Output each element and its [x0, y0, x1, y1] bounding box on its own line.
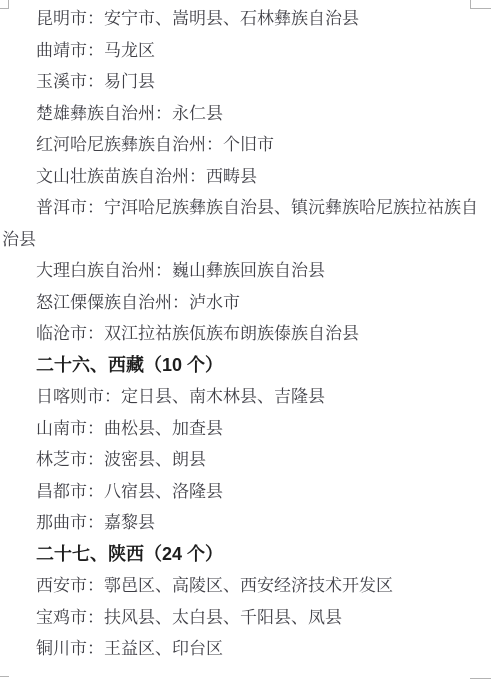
list-paragraph: 红河哈尼族彝族自治州：个旧市 [2, 129, 489, 161]
section-heading: 二十七、陕西（24 个） [2, 539, 489, 571]
list-paragraph: 楚雄彝族自治州：永仁县 [2, 98, 489, 130]
list-paragraph: 西安市：鄠邑区、高陵区、西安经济技术开发区 [2, 570, 489, 602]
list-paragraph: 林芝市：波密县、朗县 [2, 444, 489, 476]
document-content: 昆明市：安宁市、嵩明县、石林彝族自治县曲靖市：马龙区玉溪市：易门县楚雄彝族自治州… [0, 3, 491, 665]
list-paragraph: 文山壮族苗族自治州：西畴县 [2, 161, 489, 193]
list-paragraph: 山南市：曲松县、加查县 [2, 413, 489, 445]
section-heading: 二十六、西藏（10 个） [2, 350, 489, 382]
list-paragraph: 昌都市：八宿县、洛隆县 [2, 476, 489, 508]
list-paragraph: 怒江傈僳族自治州：泸水市 [2, 287, 489, 319]
list-paragraph: 铜川市：王益区、印台区 [2, 633, 489, 665]
list-paragraph: 宝鸡市：扶风县、太白县、千阳县、凤县 [2, 602, 489, 634]
list-paragraph: 普洱市：宁洱哈尼族彝族自治县、镇沅彝族哈尼族拉祜族自治县 [2, 192, 489, 255]
text-boundary-mark-bottom-left [0, 676, 9, 677]
list-paragraph: 昆明市：安宁市、嵩明县、石林彝族自治县 [2, 3, 489, 35]
list-paragraph: 曲靖市：马龙区 [2, 35, 489, 67]
list-paragraph: 那曲市：嘉黎县 [2, 507, 489, 539]
list-paragraph: 大理白族自治州：巍山彝族回族自治县 [2, 255, 489, 287]
text-boundary-mark-bottom-right [470, 678, 491, 679]
list-paragraph: 日喀则市：定日县、南木林县、吉隆县 [2, 381, 489, 413]
list-paragraph: 临沧市：双江拉祜族佤族布朗族傣族自治县 [2, 318, 489, 350]
document-page: 昆明市：安宁市、嵩明县、石林彝族自治县曲靖市：马龙区玉溪市：易门县楚雄彝族自治州… [0, 0, 491, 683]
list-paragraph: 玉溪市：易门县 [2, 66, 489, 98]
